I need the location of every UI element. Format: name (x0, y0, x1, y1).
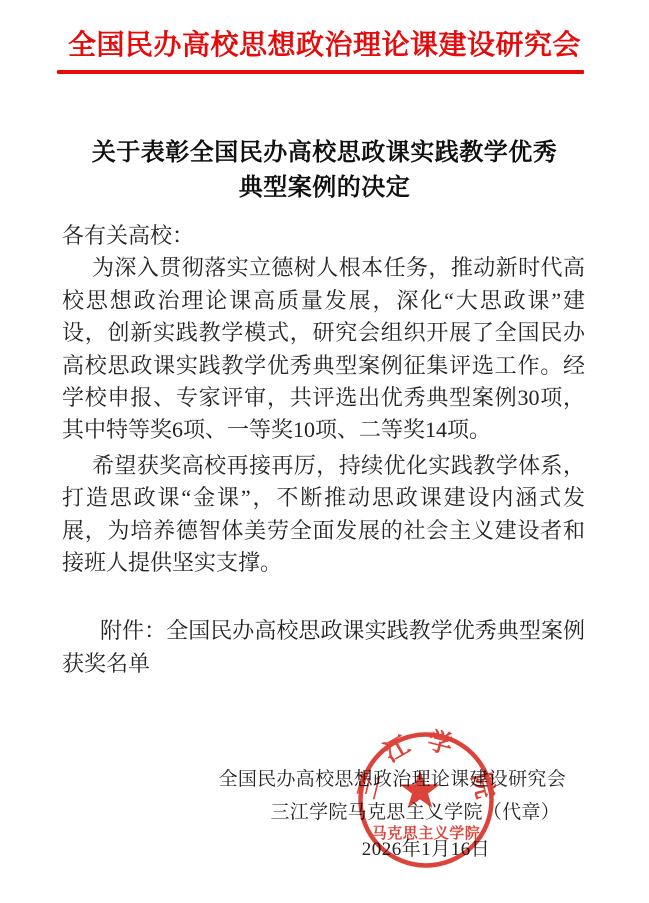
official-seal: 三 江 学 院 马克思主义学院 (351, 725, 501, 875)
document-title-line1: 关于表彰全国民办高校思政课实践教学优秀 (0, 136, 649, 171)
salutation: 各有关高校： (62, 220, 585, 252)
document-body: 各有关高校： 为深入贯彻落实立德树人根本任务，推动新时代高校思想政治理论课高质量… (62, 220, 585, 680)
attachment-note: 附件：全国民办高校思政课实践教学优秀典型案例获奖名单 (62, 615, 585, 680)
letterhead-rule (57, 70, 584, 74)
seal-arc-char-1: 三 (354, 771, 386, 802)
seal-star-icon (400, 770, 440, 808)
body-paragraph-2: 希望获奖高校再接再厉，持续优化实践教学体系，打造思政课“金课”，不断推动思政课建… (62, 450, 585, 580)
seal-bottom-text: 马克思主义学院 (372, 824, 481, 842)
seal-arc-char-3: 学 (425, 727, 456, 760)
document-title: 关于表彰全国民办高校思政课实践教学优秀 典型案例的决定 (0, 136, 649, 206)
letterhead-org-name: 全国民办高校思想政治理论课建设研究会 (0, 29, 649, 63)
document-title-line2: 典型案例的决定 (0, 171, 649, 206)
body-paragraph-1: 为深入贯彻落实立德树人根本任务，推动新时代高校思想政治理论课高质量发展，深化“大… (62, 252, 585, 446)
document-page: 全国民办高校思想政治理论课建设研究会 关于表彰全国民办高校思政课实践教学优秀 典… (0, 0, 649, 903)
seal-arc-char-4: 院 (466, 770, 499, 801)
